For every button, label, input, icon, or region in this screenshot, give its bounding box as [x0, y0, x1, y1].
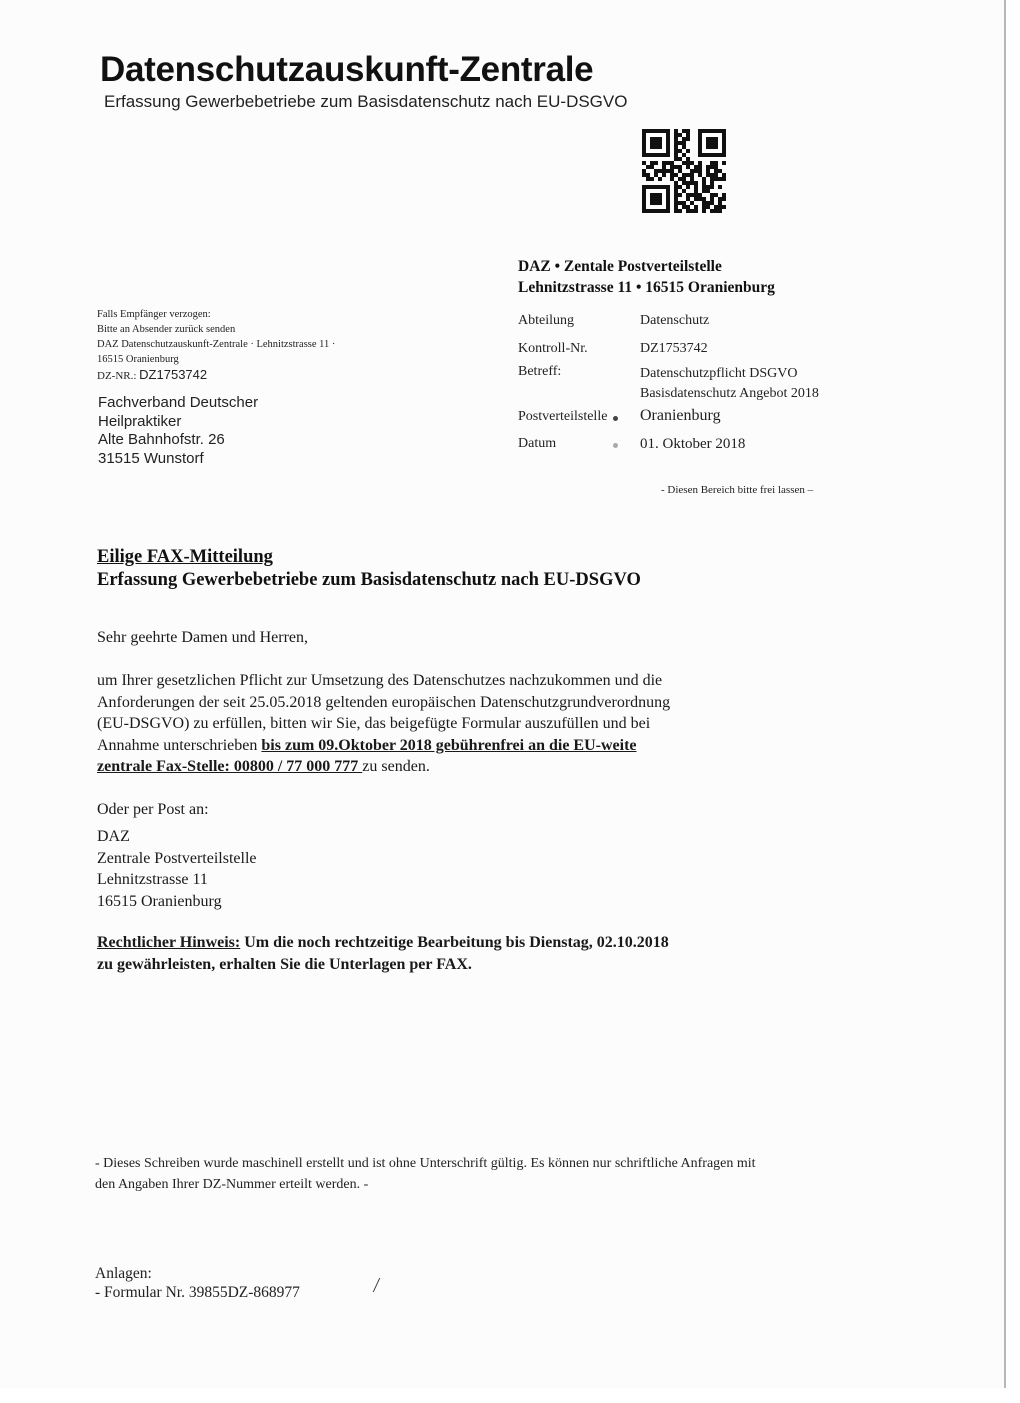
free-area-note: - Diesen Bereich bitte frei lassen – [661, 484, 813, 496]
attachments: Anlagen: - Formular Nr. 39855DZ-868977 [95, 1264, 300, 1302]
subject-line: Basisdatenschutz Angebot 2018 [640, 384, 819, 404]
info-value: Datenschutzpflicht DSGVO Basisdatenschut… [640, 364, 819, 404]
recipient-line: Fachverband Deutscher [98, 394, 258, 413]
dz-label: DZ-NR.: [97, 370, 136, 382]
deadline-emphasis: bis zum 09.Oktober 2018 gebührenfrei an … [261, 737, 636, 754]
paragraph-text: zu senden. [362, 758, 430, 775]
post-address-line: 16515 Oranienburg [97, 891, 757, 913]
greeting: Sehr geehrte Damen und Herren, [97, 627, 757, 649]
info-label: Postverteilstelle [518, 409, 607, 425]
legal-text: Um die noch rechtzeitige Bearbeitung bis… [240, 934, 669, 951]
letter-page: Datenschutzauskunft-Zentrale Erfassung G… [0, 0, 1006, 1388]
return-line: Bitte an Absender zurück senden [97, 322, 335, 337]
paragraph-line: zentrale Fax-Stelle: 00800 / 77 000 777 … [97, 756, 757, 778]
attachment-item: - Formular Nr. 39855DZ-868977 [95, 1283, 300, 1302]
return-line: Falls Empfänger verzogen: [97, 307, 335, 322]
return-line: DAZ Datenschutzauskunft-Zentrale · Lehni… [97, 337, 335, 352]
qr-code-icon [642, 129, 726, 213]
paragraph-line: Anforderungen der seit 25.05.2018 gelten… [97, 692, 757, 714]
attachments-label: Anlagen: [95, 1264, 300, 1283]
page-title: Datenschutzauskunft-Zentrale [100, 50, 593, 90]
post-address-line: Zentrale Postverteilstelle [97, 848, 757, 870]
bullet-icon [613, 416, 618, 421]
paragraph-line: um Ihrer gesetzlichen Pflicht zur Umsetz… [97, 670, 757, 692]
sender-address-line: DAZ • Zentale Postverteilstelle [518, 256, 775, 277]
subject-heading: Erfassung Gewerbebetriebe zum Basisdaten… [97, 570, 641, 591]
legal-line: zu gewährleisten, erhalten Sie die Unter… [97, 954, 757, 976]
footer-line: den Angaben Ihrer DZ-Nummer erteilt werd… [95, 1174, 875, 1195]
info-label: Datum [518, 436, 556, 452]
return-line: 16515 Oranienburg [97, 352, 335, 367]
fax-heading: Eilige FAX-Mitteilung [97, 547, 273, 568]
bullet-icon [613, 443, 618, 448]
post-address: DAZ Zentrale Postverteilstelle Lehnitzst… [97, 826, 757, 912]
recipient-address: Fachverband Deutscher Heilpraktiker Alte… [98, 394, 258, 468]
info-value: Oranienburg [640, 406, 721, 426]
return-address-block: Falls Empfänger verzogen: Bitte an Absen… [97, 307, 335, 384]
body-paragraph: um Ihrer gesetzlichen Pflicht zur Umsetz… [97, 670, 757, 778]
legal-label: Rechtlicher Hinweis: [97, 934, 240, 951]
recipient-line: Heilpraktiker [98, 413, 258, 432]
recipient-line: Alte Bahnhofstr. 26 [98, 431, 258, 450]
info-value: 01. Oktober 2018 [640, 434, 745, 454]
info-label: Betreff: [518, 364, 561, 380]
post-address-line: Lehnitzstrasse 11 [97, 869, 757, 891]
paragraph-line: (EU-DSGVO) zu erfüllen, bitten wir Sie, … [97, 713, 757, 735]
footer-note: - Dieses Schreiben wurde maschinell erst… [95, 1153, 875, 1195]
post-label: Oder per Post an: [97, 799, 757, 821]
info-label: Abteilung [518, 313, 574, 329]
subject-line: Datenschutzpflicht DSGVO [640, 364, 819, 384]
dz-number-line: DZ-NR.: DZ1753742 [97, 367, 335, 384]
sender-address: DAZ • Zentale Postverteilstelle Lehnitzs… [518, 256, 775, 298]
post-address-line: DAZ [97, 826, 757, 848]
footer-line: - Dieses Schreiben wurde maschinell erst… [95, 1153, 875, 1174]
info-value: Datenschutz [640, 311, 709, 331]
paragraph-line: Annahme unterschrieben bis zum 09.Oktobe… [97, 735, 757, 757]
recipient-line: 31515 Wunstorf [98, 450, 258, 469]
page-subtitle: Erfassung Gewerbebetriebe zum Basisdaten… [104, 92, 627, 112]
info-label: Kontroll-Nr. [518, 341, 588, 357]
pen-mark [365, 1278, 381, 1292]
fax-number-emphasis: zentrale Fax-Stelle: 00800 / 77 000 777 [97, 758, 362, 775]
paragraph-text: Annahme unterschrieben [97, 737, 261, 754]
legal-line: Rechtlicher Hinweis: Um die noch rechtze… [97, 932, 757, 954]
sender-address-line: Lehnitzstrasse 11 • 16515 Oranienburg [518, 277, 775, 298]
legal-notice: Rechtlicher Hinweis: Um die noch rechtze… [97, 932, 757, 975]
info-value: DZ1753742 [640, 339, 708, 359]
dz-number: DZ1753742 [139, 367, 207, 382]
